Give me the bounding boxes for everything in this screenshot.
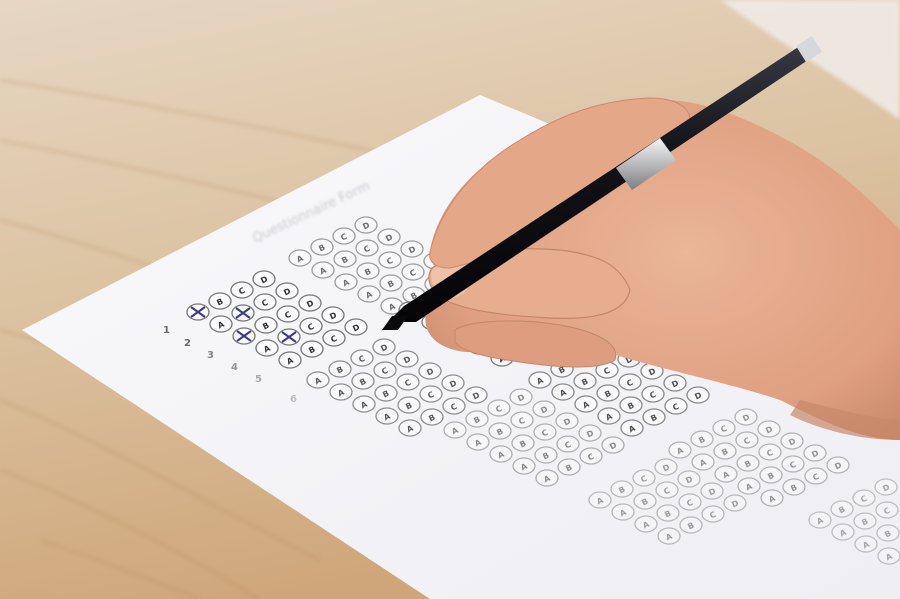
question-number: 6 (290, 394, 297, 405)
question-number: 2 (184, 338, 191, 349)
question-number: 1 (163, 325, 170, 336)
photo-canvas: Questionnaire Form 1 2 3 4 5 6 BCDACDBCD… (0, 0, 900, 599)
photo-scene: Questionnaire Form 1 2 3 4 5 6 BCDACDBCD… (0, 0, 900, 599)
question-number: 3 (207, 350, 214, 361)
question-number: 5 (255, 374, 262, 385)
question-number: 4 (231, 362, 238, 373)
